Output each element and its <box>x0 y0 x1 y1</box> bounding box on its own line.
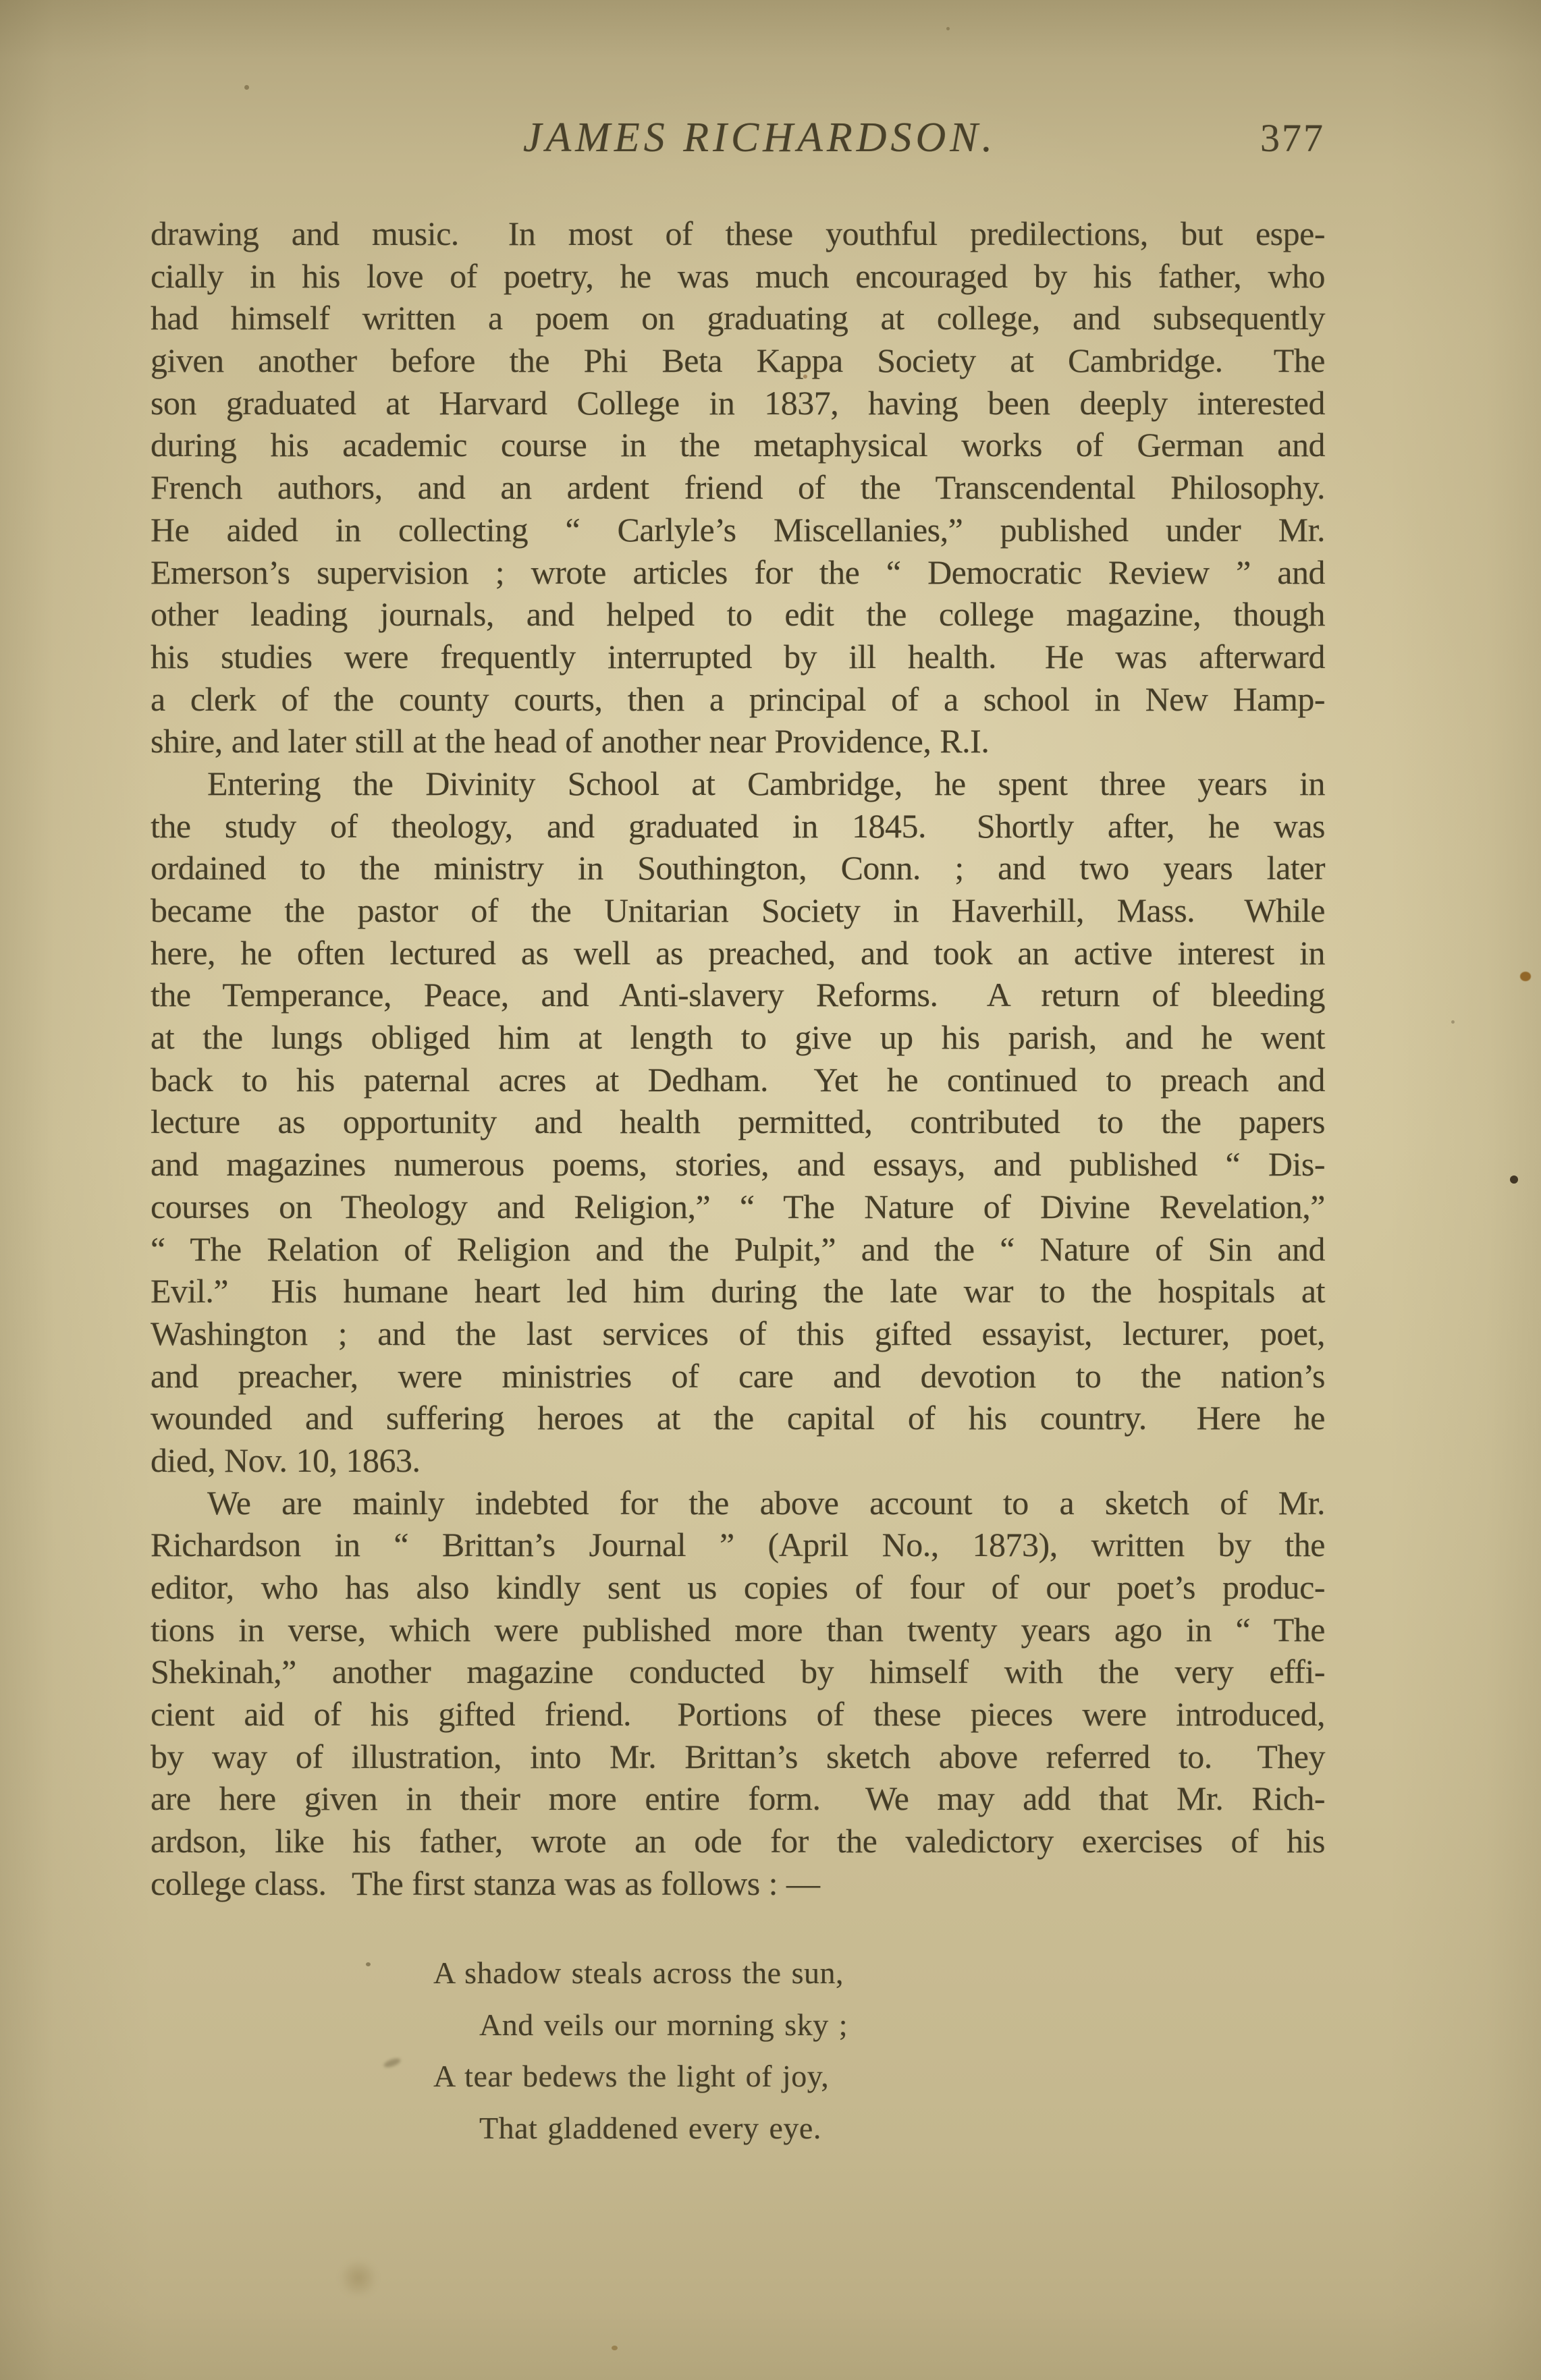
body-line: became the pastor of the Unitarian Socie… <box>151 889 1325 932</box>
body-line: and preacher, were ministries of care an… <box>151 1355 1325 1397</box>
paper-smudge <box>337 2261 379 2296</box>
body-line: Evil.” His humane heart led him during t… <box>151 1270 1325 1312</box>
paper-speck <box>1451 1020 1455 1024</box>
body-line: had himself written a poem on graduating… <box>151 297 1325 339</box>
body-line: cient aid of his gifted friend. Portions… <box>151 1693 1325 1736</box>
body-line: Richardson in “ Brittan’s Journal ” (Apr… <box>151 1524 1325 1566</box>
paper-speck <box>366 1962 371 1966</box>
ink-smear <box>383 2057 402 2069</box>
poem-stanza: A shadow steals across the sun,And veils… <box>433 1947 848 2155</box>
body-line: the Temperance, Peace, and Anti-slavery … <box>151 974 1325 1016</box>
body-line: wounded and suffering heroes at the capi… <box>151 1397 1325 1439</box>
paper-speck <box>612 2346 618 2350</box>
body-line: drawing and music. In most of these yout… <box>151 213 1325 255</box>
body-line: ordained to the ministry in Southington,… <box>151 847 1325 889</box>
body-line: Washington ; and the last services of th… <box>151 1312 1325 1355</box>
body-line: back to his paternal acres at Dedham. Ye… <box>151 1059 1325 1101</box>
poem-line: That gladdened every eye. <box>433 2103 848 2155</box>
body-line: French authors, and an ardent friend of … <box>151 466 1325 509</box>
body-line: college class. The first stanza was as f… <box>151 1862 1325 1905</box>
paper-speck <box>244 85 249 90</box>
poem-line: A tear bedews the light of joy, <box>433 2051 848 2103</box>
body-line: shire, and later still at the head of an… <box>151 720 1325 763</box>
body-line: other leading journals, and helped to ed… <box>151 593 1325 636</box>
body-line: and magazines numerous poems, stories, a… <box>151 1143 1325 1186</box>
body-line: during his academic course in the metaph… <box>151 424 1325 466</box>
page-title: JAMES RICHARDSON. <box>523 115 996 161</box>
body-line: the study of theology, and graduated in … <box>151 805 1325 848</box>
body-line: at the lungs obliged him at length to gi… <box>151 1016 1325 1059</box>
body-line: We are mainly indebted for the above acc… <box>151 1482 1325 1524</box>
body-line: courses on Theology and Religion,” “ The… <box>151 1186 1325 1228</box>
body-line: tions in verse, which were published mor… <box>151 1609 1325 1651</box>
body-line: here, he often lectured as well as preac… <box>151 932 1325 974</box>
body-line: ardson, like his father, wrote an ode fo… <box>151 1820 1325 1862</box>
body-line: Shekinah,” another magazine conducted by… <box>151 1651 1325 1693</box>
body-line: given another before the Phi Beta Kappa … <box>151 339 1325 382</box>
body-line: cially in his love of poetry, he was muc… <box>151 255 1325 298</box>
poem-line: A shadow steals across the sun, <box>433 1947 848 1999</box>
poem-line: And veils our morning sky ; <box>433 1999 848 2051</box>
paper-speck <box>1510 1175 1518 1184</box>
paper-speck <box>1520 972 1531 981</box>
paper-speck <box>946 27 950 30</box>
body-line: a clerk of the county courts, then a pri… <box>151 678 1325 721</box>
page-number: 377 <box>1260 115 1325 162</box>
body-line: “ The Relation of Religion and the Pulpi… <box>151 1228 1325 1271</box>
body-line: He aided in collecting “ Carlyle’s Misce… <box>151 509 1325 551</box>
body-line: by way of illustration, into Mr. Brittan… <box>151 1736 1325 1778</box>
book-page: JAMES RICHARDSON. 377 drawing and music.… <box>0 0 1541 2380</box>
body-line: his studies were frequently interrupted … <box>151 636 1325 678</box>
body-line: Emerson’s supervision ; wrote articles f… <box>151 551 1325 594</box>
body-line: son graduated at Harvard College in 1837… <box>151 382 1325 424</box>
body-line: Entering the Divinity School at Cambridg… <box>151 763 1325 805</box>
body-line: died, Nov. 10, 1863. <box>151 1439 1325 1482</box>
body-text: drawing and music. In most of these yout… <box>151 213 1325 1905</box>
body-line: lecture as opportunity and health permit… <box>151 1101 1325 1143</box>
body-line: editor, who has also kindly sent us copi… <box>151 1566 1325 1609</box>
body-line: are here given in their more entire form… <box>151 1777 1325 1820</box>
